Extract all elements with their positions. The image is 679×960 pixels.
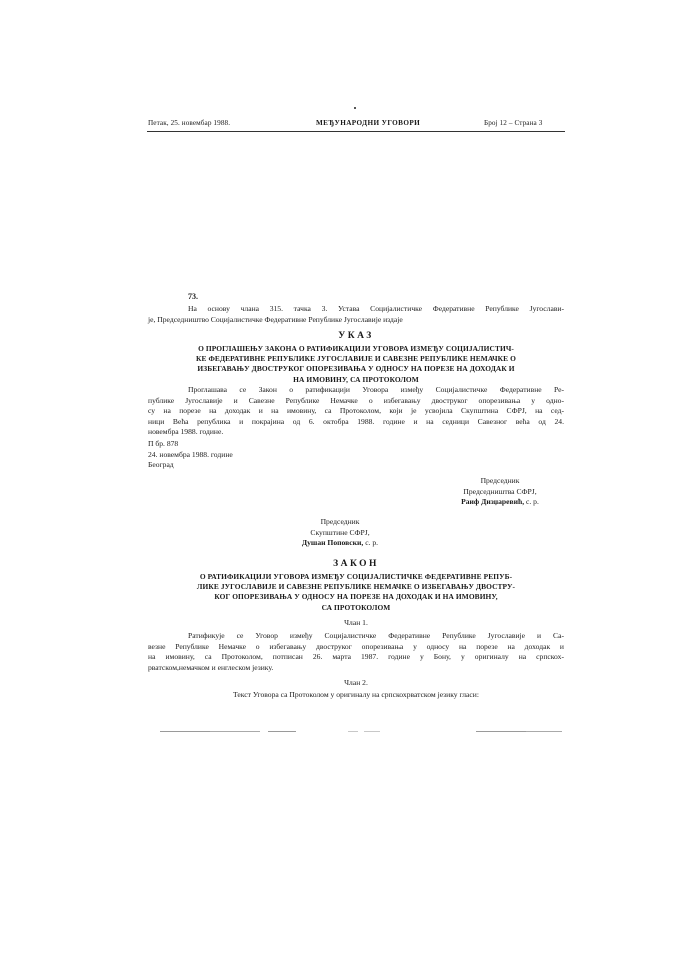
ukaz-body-line: публике Југославије и Савезне Републике …: [148, 396, 564, 407]
reference-date: 24. новембра 1988. године: [148, 450, 564, 461]
article-body-line: рватском,немачком и енглеском језику.: [148, 663, 564, 674]
separator-dash: [476, 731, 526, 732]
ukaz-body-line: новембра 1988. године.: [148, 427, 564, 438]
article-body-line: везне Републике Немачке о избегавању дво…: [148, 642, 564, 653]
signature-role: Председник: [280, 517, 400, 528]
preamble-line: На основу члана 315. тачка 3. Устава Соц…: [148, 304, 564, 315]
signature-suffix: с. р.: [363, 538, 378, 547]
zakon-title-line: О РАТИФИКАЦИЈИ УГОВОРА ИЗМЕЂУ СОЦИЈАЛИСТ…: [148, 572, 564, 582]
header-date: Петак, 25. новембар 1988.: [148, 119, 230, 127]
article-body-line: Текст Уговора са Протоколом у оригиналу …: [148, 690, 564, 701]
ukaz-body: Проглашава се Закон о ратификацији Угово…: [148, 385, 564, 438]
zakon-title-line: ЛИКЕ ЈУГОСЛАВИЈЕ И САВЕЗНЕ РЕПУБЛИКЕ НЕМ…: [148, 582, 564, 592]
signature-body: Председништва СФРЈ,: [440, 487, 560, 498]
ukaz-title-line: НА ИМОВИНУ, СА ПРОТОКОЛОМ: [148, 375, 564, 385]
article-body-line: на имовину, са Протоколом, потписан 26. …: [148, 652, 564, 663]
ukaz-body-line: су на порезе на доходак и на имовину, са…: [148, 406, 564, 417]
ukaz-title: О ПРОГЛАШЕЊУ ЗАКОНА О РАТИФИКАЦИЈИ УГОВО…: [148, 344, 564, 385]
separator-dash: [526, 731, 562, 732]
separator-dash: [268, 731, 296, 732]
separator-dash: [364, 731, 380, 732]
reference-number: П бр. 878: [148, 439, 564, 450]
article-1-label: Члан 1.: [148, 618, 564, 629]
article-2-label: Члан 2.: [148, 678, 564, 689]
separator-dash: [210, 731, 260, 732]
zakon-title: О РАТИФИКАЦИЈИ УГОВОРА ИЗМЕЂУ СОЦИЈАЛИСТ…: [148, 572, 564, 613]
signature-body: Скупштине СФРЈ,: [280, 528, 400, 539]
separator-dash: [348, 731, 358, 732]
article-label: Члан 2.: [148, 678, 564, 689]
zakon-heading: ЗАКОН: [148, 559, 564, 569]
signature-presidency: Председник Председништва СФРЈ, Раиф Дизџ…: [440, 476, 560, 508]
preamble: На основу члана 315. тачка 3. Устава Соц…: [148, 304, 564, 325]
separator-dash: [160, 731, 210, 732]
ukaz-heading: УКАЗ: [148, 331, 564, 341]
signature-suffix: с. р.: [524, 497, 539, 506]
ukaz-reference: П бр. 878 24. новембра 1988. године Беог…: [148, 439, 564, 471]
signature-name-line: Раиф Дизџаревић, с. р.: [440, 497, 560, 508]
signature-name: Раиф Дизџаревић,: [461, 497, 524, 506]
ukaz-body-line: Проглашава се Закон о ратификацији Угово…: [148, 385, 564, 396]
signature-assembly: Председник Скупштине СФРЈ, Душан Поповск…: [280, 517, 400, 549]
header-rule: [147, 131, 565, 132]
ukaz-title-line: ИЗБЕГАВАЊУ ДВОСТРУКОГ ОПОРЕЗИВАЊА У ОДНО…: [148, 364, 564, 374]
item-number: 73.: [188, 292, 198, 301]
gazette-page: Петак, 25. новембар 1988. МЕЂУНАРОДНИ УГ…: [0, 0, 679, 960]
ukaz-body-line: ници Већа република и покрајина од 6. ок…: [148, 417, 564, 428]
zakon-title-line: СА ПРОТОКОЛОМ: [148, 603, 564, 613]
header-issue-page: Број 12 – Страна 3: [484, 119, 542, 127]
signature-role: Председник: [440, 476, 560, 487]
article-body-line: Ратификује се Уговор између Социјалистич…: [148, 631, 564, 642]
signature-name-line: Душан Поповски, с. р.: [280, 538, 400, 549]
article-label: Члан 1.: [148, 618, 564, 629]
ukaz-title-line: О ПРОГЛАШЕЊУ ЗАКОНА О РАТИФИКАЦИЈИ УГОВО…: [148, 344, 564, 354]
ukaz-title-line: КЕ ФЕДЕРАТИВНЕ РЕПУБЛИКЕ ЈУГОСЛАВИЈЕ И С…: [148, 354, 564, 364]
signature-name: Душан Поповски,: [302, 538, 363, 547]
reference-place: Београд: [148, 460, 564, 471]
article-1-body: Ратификује се Уговор између Социјалистич…: [148, 631, 564, 673]
header-section-title: МЕЂУНАРОДНИ УГОВОРИ: [316, 119, 420, 127]
zakon-title-line: КОГ ОПОРЕЗИВАЊА У ОДНОСУ НА ПОРЕЗЕ НА ДО…: [148, 592, 564, 602]
article-2-body: Текст Уговора са Протоколом у оригиналу …: [148, 690, 564, 701]
scan-speck: [354, 107, 356, 109]
preamble-line: је, Председништво Социјалистичке Федерат…: [148, 315, 564, 326]
